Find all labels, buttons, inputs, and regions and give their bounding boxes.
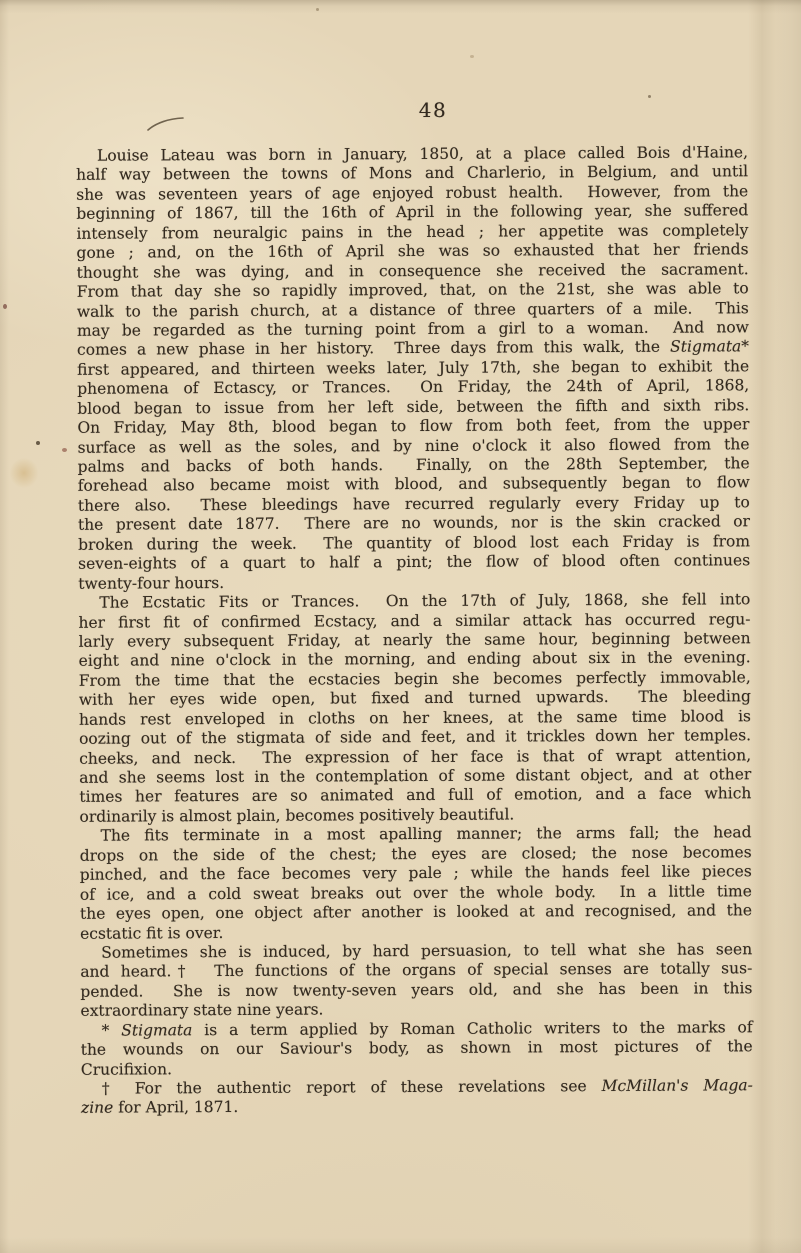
paragraph-ecstatic-fits: The Ecstatic Fits or Trances. On the 17t… <box>78 590 751 827</box>
paragraph-intro: Louise Lateau was born in January, 1850,… <box>76 143 750 594</box>
paper-speck <box>36 441 40 445</box>
paper-speck <box>316 8 319 11</box>
text-line: times her features are so animated and f… <box>79 785 751 808</box>
text-line: zine for April, 1871. <box>81 1096 753 1119</box>
footnote-magazine: † For the authentic report of these reve… <box>81 1076 753 1118</box>
text-line: the eyes open, one object after another … <box>80 901 752 924</box>
paragraph-sometimes: Sometimes she is induced, by hard persua… <box>80 940 752 1021</box>
text-line: pended. She is now twenty-seven years ol… <box>80 979 752 1002</box>
text-block: Louise Lateau was born in January, 1850,… <box>76 143 753 1118</box>
paper-stain <box>4 452 44 494</box>
text-line: seven-eights of a quart to half a pint; … <box>78 551 750 574</box>
text-line: † For the authentic report of these reve… <box>81 1076 753 1099</box>
paper-speck <box>470 55 474 58</box>
paper-speck <box>648 95 651 98</box>
paper-speck <box>62 448 67 452</box>
paper-speck <box>3 304 7 309</box>
text-line: the wounds on our Saviour's body, as sho… <box>81 1037 753 1060</box>
pen-stroke-mark <box>145 111 187 137</box>
book-page: 48 Louise Lateau was born in January, 18… <box>0 0 801 1253</box>
page-number: 48 <box>419 98 447 122</box>
footnote-stigmata: * Stigmata is a term applied by Roman Ca… <box>81 1018 753 1080</box>
paragraph-fits-terminate: The fits terminate in a most apalling ma… <box>80 824 753 944</box>
